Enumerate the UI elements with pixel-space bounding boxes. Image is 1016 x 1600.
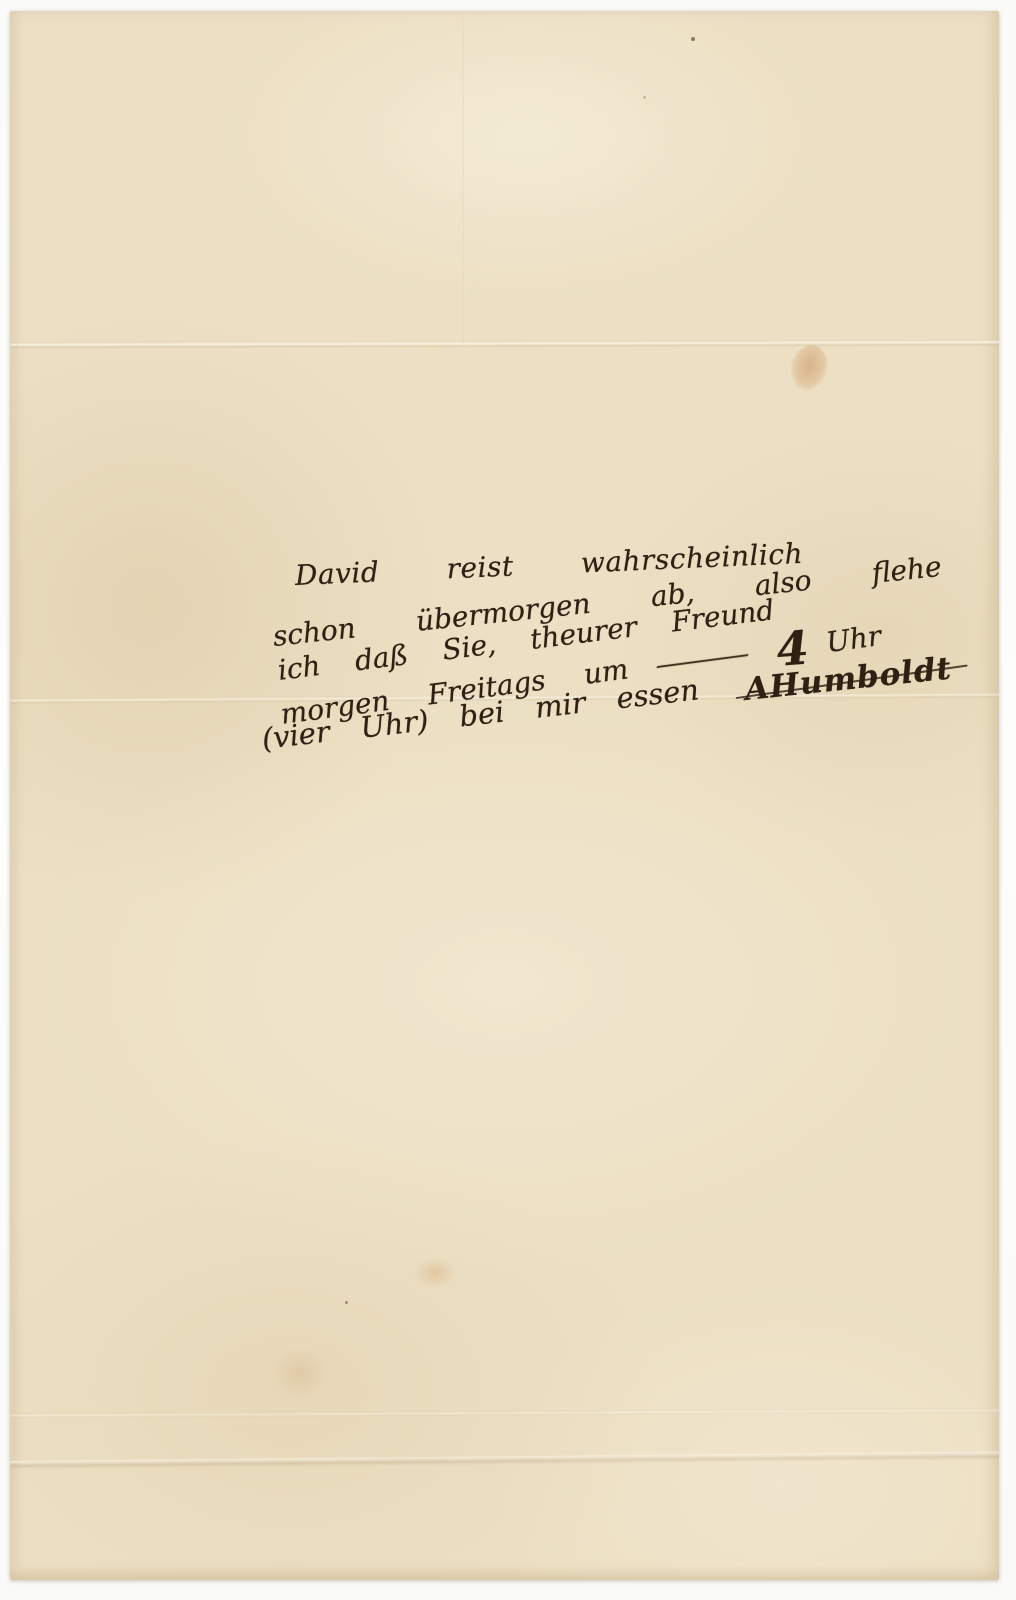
letter-paper: David reist wahrscheinlich schon übermor… xyxy=(10,11,999,1580)
handwriting-block: David reist wahrscheinlich schon übermor… xyxy=(10,11,999,1580)
scan-background: David reist wahrscheinlich schon übermor… xyxy=(0,0,1016,1600)
